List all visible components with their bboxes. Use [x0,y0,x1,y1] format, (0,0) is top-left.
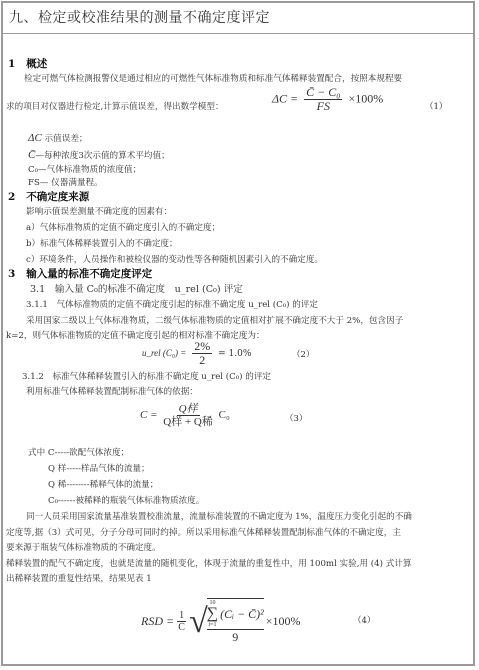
eq4-coef-numerator: 1 [177,610,186,622]
sigma-icon: ∑ [207,606,218,622]
def-text: — 仪器满量程。 [40,178,103,188]
para-b-line1: 稀释装置的配气不确定度，也就是流量的随机变化，体现于流量的重复性中，用 100m… [6,557,411,569]
source-item-b: b）标准气体稀释装置引入的不确定度； [26,237,178,249]
eq3-factor: C₀ [219,409,230,421]
section-2-heading: 2 不确定度来源 [8,189,89,204]
eq3-numerator: Q样 [177,403,200,416]
definition-c-bar: C̄—每种浓度3次示值的算术平均值； [28,149,170,161]
eq1-numerator: C̄ − C₀ [304,86,342,100]
section-3-heading: 3 输入量的标准不确定度评定 [8,266,152,281]
where-def-c0: C₀------被稀释的瓶装气体标准物质浓度。 [48,494,204,506]
equation-2: u_rel (C₀) = 2% 2 = 1.0% [142,340,251,367]
def-symbol: C₀ [28,165,38,175]
where-def-c: 式中 C-----欲配气体浓度； [28,446,129,458]
def-text: —每种浓度3次示值的算术平均值； [35,151,169,161]
eq1-lhs: ΔC = [272,91,298,105]
eq3-denominator: Q样 + Q稀 [163,416,213,428]
subsection-3-1-2: 3.1.2 标准气体稀释装置引入的标准不确定度 u_rel (C₀) 的评定 [22,370,271,382]
para-a-line2: 定度等,据（3）式可见，分子分母可同时约掉。所以采用标准气体稀释装置配制标准气体… [6,526,401,538]
equation-2-number: （2） [292,348,314,360]
eq1-denominator: FS [317,100,330,113]
para-a-line1: 同一人员采用国家流量基准装置校准流量，流量标准装置的不确定度为 1%，温度压力变… [26,510,412,522]
overview-paragraph-line1: 检定可燃气体检测报警仪是通过相应的可燃性气体标准物质和标准气体稀释装置配合，按照… [24,72,402,84]
section-title: 概述 [26,58,47,70]
eq2-numerator: 2% [192,340,212,354]
section-title: 输入量的标准不确定度评定 [26,268,152,280]
equation-3: C = Q样 Q样 + Q稀 C₀ [140,403,230,428]
eq2-lhs: u_rel (C₀) = [142,348,186,358]
definition-fs: FS— 仪器满量程。 [28,176,103,188]
section-1-heading: 1 概述 [8,56,47,71]
section-number: 3 [8,268,15,280]
definition-delta-c: ΔC 示值误差； [28,132,88,144]
section-number: 1 [8,58,15,70]
eq4-summand: (Cᵢ − C̄)² [220,607,264,622]
def-text: —气体标准物质的浓度值； [38,165,141,175]
where-def-q-dilution: Q 稀--------稀释气体的流量； [48,478,158,490]
eq4-coef-denominator: C̄ [178,622,185,633]
eq4-radicand: 10 ∑ i=1 (Cᵢ − C̄)² 9 [207,598,264,645]
definition-c0: C₀—气体标准物质的浓度值； [28,163,141,175]
def-text: 示值误差； [45,134,88,144]
eq1-factor: ×100% [348,91,383,105]
where-def-q-sample: Q 样-----样品气体的流量； [48,462,150,474]
def-symbol: FS [28,178,40,188]
eq2-denominator: 2 [199,354,205,367]
subsection-3-1-1: 3.1.1 气体标准物质的定值不确定度引起的标准不确定度 u_rel (C₀) … [26,298,318,310]
sum-lower: i=1 [208,622,216,628]
eq3-lhs: C = [140,409,158,421]
eq4-radicand-numerator: 10 ∑ i=1 (Cᵢ − C̄)² [207,600,264,630]
eq2-rhs: = 1.0% [218,349,251,359]
equation-1-number: （1） [425,100,447,112]
eq4-coefficient: 1 C̄ [177,610,186,633]
eq4-lhs: RSD = [141,614,174,629]
eq4-factor: ×100% [266,614,301,629]
sqrt-icon: √ [189,605,208,639]
overview-paragraph-line2: 求的项目对仪器进行检定,计算示值误差，得出数学模型： [6,100,224,112]
eq3-fraction: Q样 Q样 + Q稀 [163,403,213,428]
sources-intro: 影响示值误差测量不确定度的因素有： [26,205,172,217]
equation-1: ΔC = C̄ − C₀ FS ×100% [272,86,383,113]
eq2-fraction: 2% 2 [192,340,212,367]
source-item-c: c）环境条件，人员操作和被检仪器的变动性等各种随机因素引入的不确定度。 [26,253,323,265]
summation: 10 ∑ i=1 [207,600,218,628]
source-item-a: a）气体标准物质的定值不确定度引入的不确定度； [26,221,220,233]
equation-4: RSD = 1 C̄ √ 10 ∑ i=1 (Cᵢ − C̄)² 9 ×100% [141,598,301,645]
para-3-1-2: 利用标准气体稀释装置配制标准气体的依据： [26,385,198,397]
eq1-fraction: C̄ − C₀ FS [304,86,342,113]
eq4-radicand-denominator: 9 [232,630,238,645]
section-number: 2 [8,191,15,203]
para-a-line3: 要来源于瓶装气体标准物质的不确定度。 [6,541,161,553]
section-title: 不确定度来源 [26,191,89,203]
para-b-line2: 出稀释装置的重复性结果，结果见表 1 [6,572,152,584]
subsection-3-1: 3.1 输入量 C₀的标准不确定度 u_rel (C₀) 评定 [30,281,243,295]
equation-3-number: （3） [285,412,307,424]
page-title: 九、检定或校准结果的测量不确定度评定 [3,3,473,34]
para-3-1-1-line1: 采用国家二级以上气体标准物质，二级气体标准物质的定值相对扩展不确定度不大于 2%… [26,314,403,326]
equation-4-number: （4） [353,614,375,626]
def-symbol: ΔC [28,132,42,144]
